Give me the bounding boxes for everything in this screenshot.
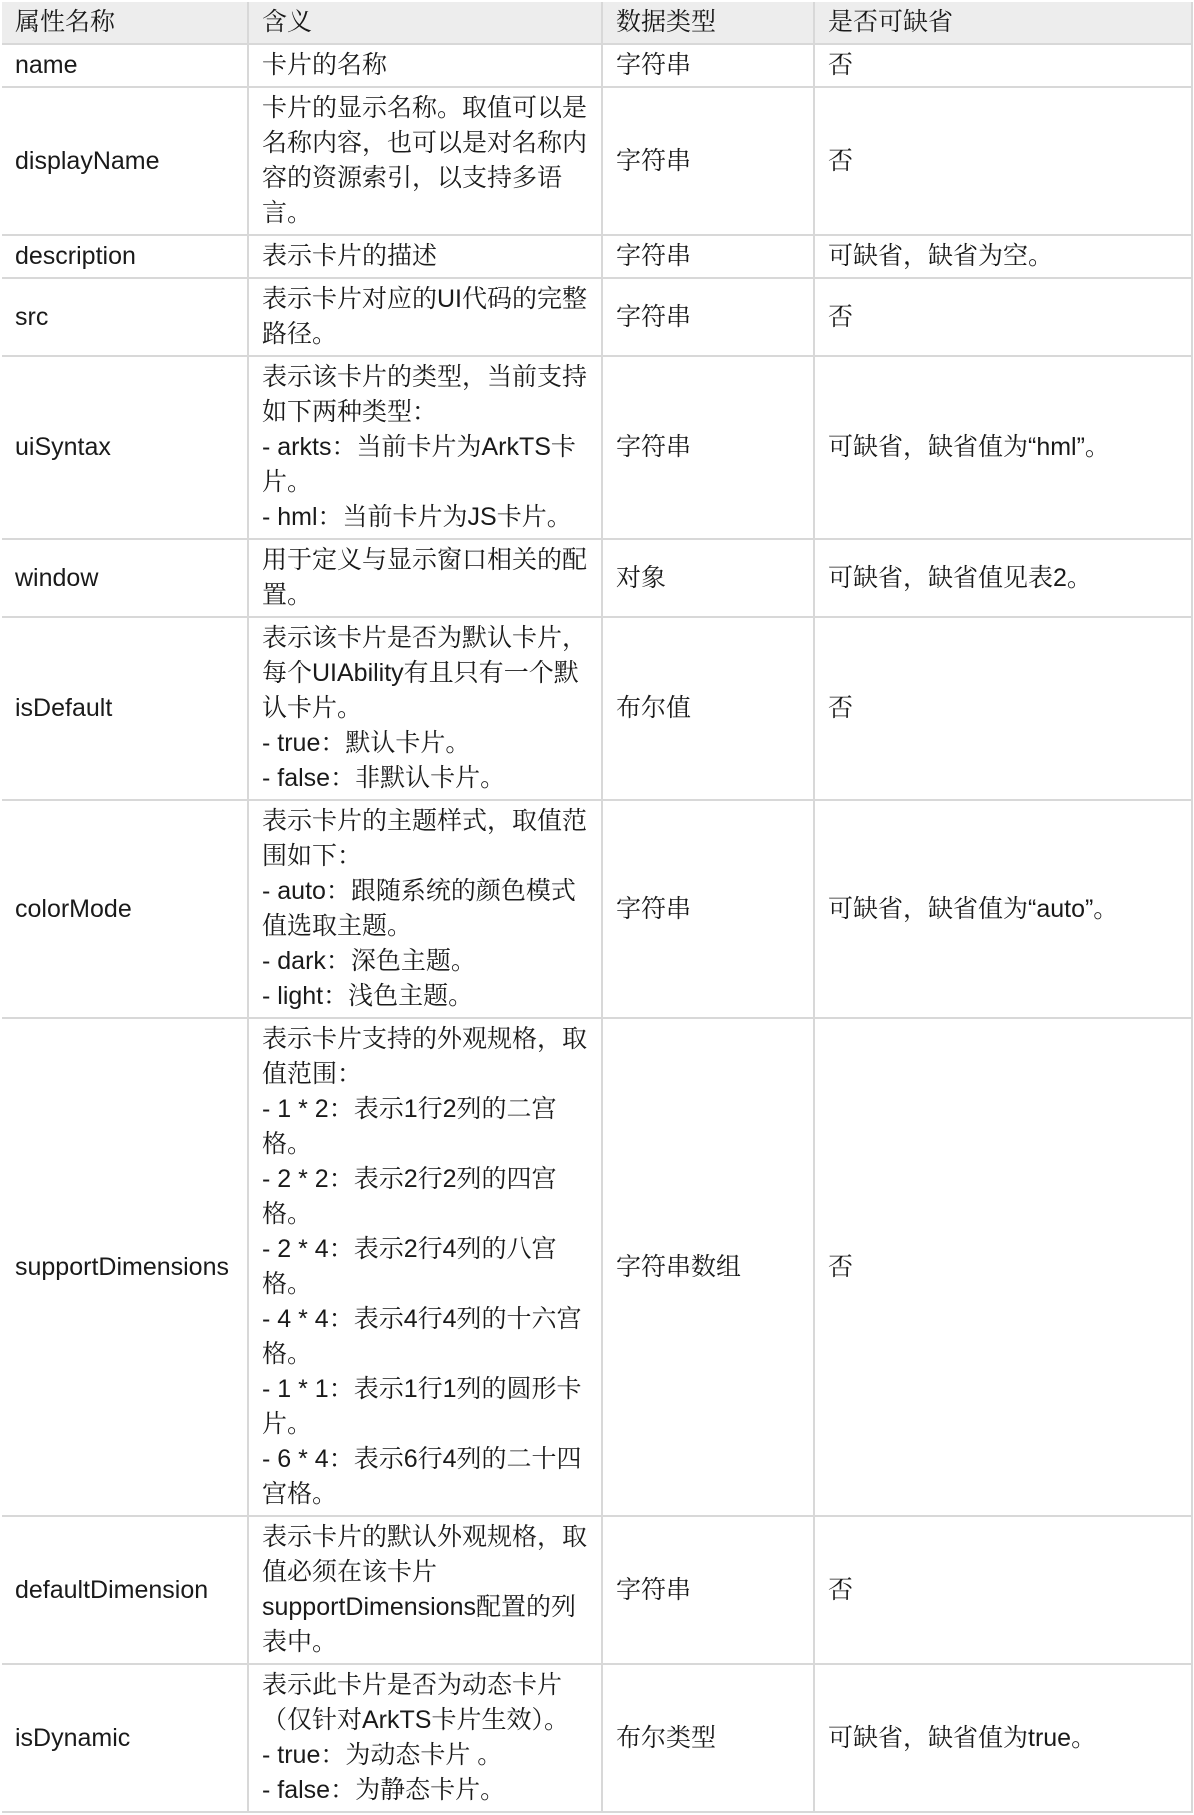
cell-property-name: isDynamic — [2, 1664, 248, 1812]
cell-meaning: 表示卡片对应的UI代码的完整路径。 — [248, 278, 602, 356]
table-row-colorMode: colorMode 表示卡片的主题样式，取值范围如下： - auto：跟随系统的… — [2, 800, 1192, 1018]
cell-data-type: 字符串 — [602, 44, 814, 87]
cell-optional: 否 — [814, 617, 1192, 800]
column-header-property-name: 属性名称 — [2, 2, 248, 44]
properties-table: 属性名称 含义 数据类型 是否可缺省 name 卡片的名称 字符串 否 disp… — [2, 2, 1193, 1813]
cell-property-name: defaultDimension — [2, 1516, 248, 1664]
cell-optional: 可缺省，缺省值为true。 — [814, 1664, 1192, 1812]
cell-data-type: 字符串 — [602, 1516, 814, 1664]
cell-meaning: 表示卡片的描述 — [248, 235, 602, 278]
cell-optional: 否 — [814, 87, 1192, 235]
table-row-src: src 表示卡片对应的UI代码的完整路径。 字符串 否 — [2, 278, 1192, 356]
cell-meaning: 卡片的名称 — [248, 44, 602, 87]
cell-meaning: 卡片的显示名称。取值可以是名称内容，也可以是对名称内容的资源索引，以支持多语言。 — [248, 87, 602, 235]
column-header-meaning: 含义 — [248, 2, 602, 44]
cell-meaning: 表示该卡片的类型，当前支持如下两种类型： - arkts：当前卡片为ArkTS卡… — [248, 356, 602, 539]
cell-data-type: 字符串 — [602, 278, 814, 356]
cell-optional: 可缺省，缺省为空。 — [814, 235, 1192, 278]
cell-data-type: 字符串 — [602, 87, 814, 235]
cell-meaning: 表示卡片的主题样式，取值范围如下： - auto：跟随系统的颜色模式值选取主题。… — [248, 800, 602, 1018]
cell-property-name: displayName — [2, 87, 248, 235]
cell-data-type: 对象 — [602, 539, 814, 617]
cell-property-name: window — [2, 539, 248, 617]
cell-property-name: uiSyntax — [2, 356, 248, 539]
cell-optional: 否 — [814, 44, 1192, 87]
cell-optional: 否 — [814, 1516, 1192, 1664]
cell-optional: 否 — [814, 1018, 1192, 1516]
cell-property-name: src — [2, 278, 248, 356]
cell-property-name: colorMode — [2, 800, 248, 1018]
cell-optional: 可缺省，缺省值为“auto”。 — [814, 800, 1192, 1018]
cell-optional: 否 — [814, 278, 1192, 356]
cell-property-name: name — [2, 44, 248, 87]
cell-meaning: 表示此卡片是否为动态卡片（仅针对ArkTS卡片生效）。 - true：为动态卡片… — [248, 1664, 602, 1812]
table-row-displayName: displayName 卡片的显示名称。取值可以是名称内容，也可以是对名称内容的… — [2, 87, 1192, 235]
header-row: 属性名称 含义 数据类型 是否可缺省 — [2, 2, 1192, 44]
table-row-defaultDimension: defaultDimension 表示卡片的默认外观规格，取值必须在该卡片sup… — [2, 1516, 1192, 1664]
cell-data-type: 布尔值 — [602, 617, 814, 800]
cell-meaning: 用于定义与显示窗口相关的配置。 — [248, 539, 602, 617]
cell-property-name: description — [2, 235, 248, 278]
table-row-isDefault: isDefault 表示该卡片是否为默认卡片，每个UIAbility有且只有一个… — [2, 617, 1192, 800]
cell-data-type: 字符串 — [602, 356, 814, 539]
cell-data-type: 字符串 — [602, 235, 814, 278]
table-row-uiSyntax: uiSyntax 表示该卡片的类型，当前支持如下两种类型： - arkts：当前… — [2, 356, 1192, 539]
cell-meaning: 表示卡片支持的外观规格，取值范围： - 1 * 2：表示1行2列的二宫格。 - … — [248, 1018, 602, 1516]
cell-property-name: supportDimensions — [2, 1018, 248, 1516]
cell-optional: 可缺省，缺省值见表2。 — [814, 539, 1192, 617]
table-row-supportDimensions: supportDimensions 表示卡片支持的外观规格，取值范围： - 1 … — [2, 1018, 1192, 1516]
cell-optional: 可缺省，缺省值为“hml”。 — [814, 356, 1192, 539]
table-row-description: description 表示卡片的描述 字符串 可缺省，缺省为空。 — [2, 235, 1192, 278]
column-header-optional: 是否可缺省 — [814, 2, 1192, 44]
column-header-data-type: 数据类型 — [602, 2, 814, 44]
cell-data-type: 字符串数组 — [602, 1018, 814, 1516]
cell-property-name: isDefault — [2, 617, 248, 800]
cell-meaning: 表示该卡片是否为默认卡片，每个UIAbility有且只有一个默认卡片。 - tr… — [248, 617, 602, 800]
table-row-isDynamic: isDynamic 表示此卡片是否为动态卡片（仅针对ArkTS卡片生效）。 - … — [2, 1664, 1192, 1812]
cell-data-type: 布尔类型 — [602, 1664, 814, 1812]
cell-meaning: 表示卡片的默认外观规格，取值必须在该卡片supportDimensions配置的… — [248, 1516, 602, 1664]
cell-data-type: 字符串 — [602, 800, 814, 1018]
table-row-name: name 卡片的名称 字符串 否 — [2, 44, 1192, 87]
table-row-window: window 用于定义与显示窗口相关的配置。 对象 可缺省，缺省值见表2。 — [2, 539, 1192, 617]
